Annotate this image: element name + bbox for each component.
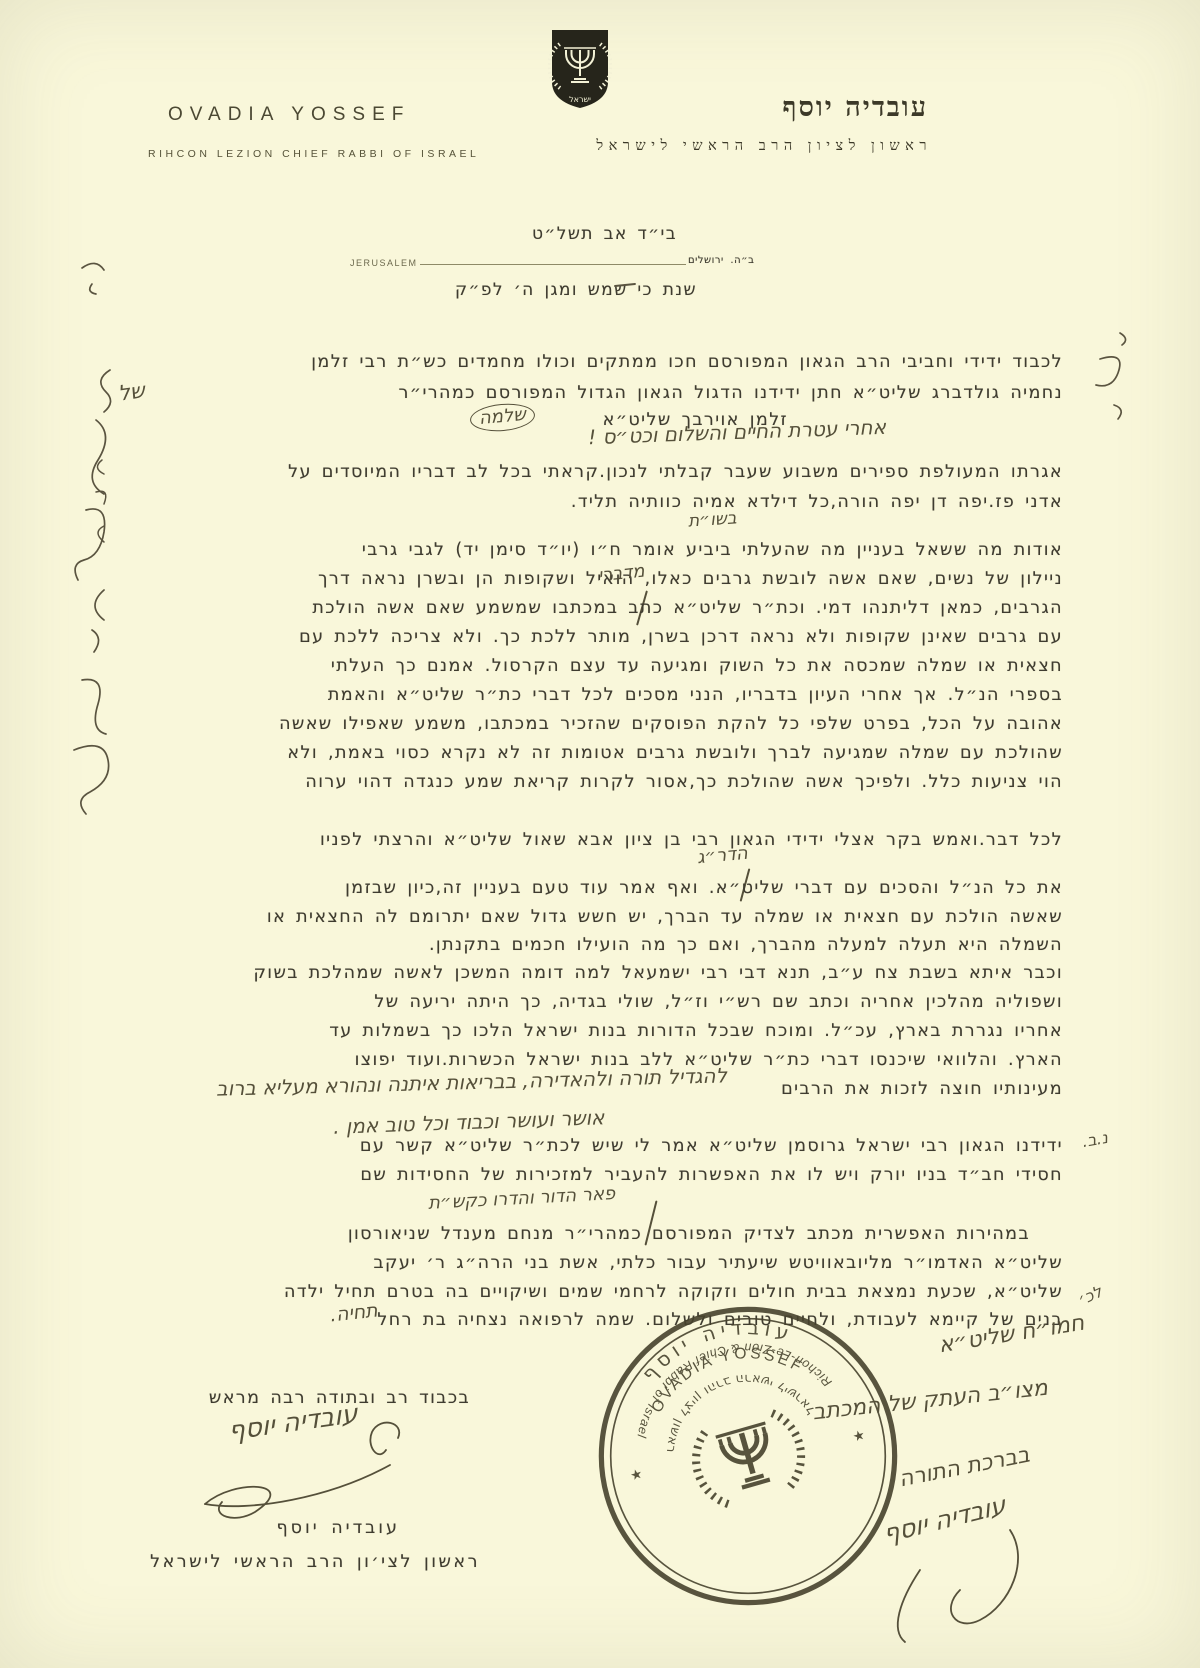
body-line: אחריו נגררת בארץ, עכ״ל. ומוכח שבכל הדורו… (329, 1019, 1063, 1043)
ps-line: שליט״א, שכעת נמצאת בבית חולים וזקוקה לרח… (284, 1280, 1063, 1304)
hand-insert-tichye: תחיה. (329, 1300, 379, 1327)
letterhead-title-hebrew: ראשון לציון הרב הראשי לישראל (596, 138, 932, 155)
ps-line: במהירות האפשרית מכתב לצדיק המפורסם כמהרי… (348, 1222, 1030, 1246)
hand-insert-hadarag: הדר״ג (696, 843, 748, 868)
corner-note-line-3: בברכת התורה (897, 1443, 1032, 1493)
ps-line: חסידי חב״ד בניו יורק ויש לו את האפשרות ל… (360, 1163, 1063, 1187)
closing-name-typed: עובדיה יוסף (276, 1516, 400, 1540)
salutation-line-2: נחמיה גולדברג שליט״א חתן ידידנו הדגול הג… (398, 381, 1063, 405)
stamp-star-left: ★ (628, 1466, 644, 1484)
letterhead-name-english: OVADIA YOSSEF (168, 104, 410, 126)
date-hebrew: בי״ד אב תשל״ט (532, 222, 677, 246)
stamp-menorah-icon (687, 1406, 810, 1509)
body-line: ושפוליה מהלכין אחריה וכתב שם רש״י וז״ל, … (374, 990, 1063, 1014)
letterhead-name-hebrew: עובדיה יוסף (782, 92, 928, 123)
salutation-line-1: לכבוד ידידי וחביבי הרב הגאון המפורסם חכו… (311, 350, 1063, 374)
body-line: אהובה על הכל, בפרט שלפי כל להקת הפוסקים … (279, 712, 1063, 736)
svg-text:ישראל: ישראל (569, 95, 591, 104)
body-line: ניילון של נשים, שאם אשה לובשת גרבים כאלו… (318, 567, 1063, 591)
body-line: את כל הנ״ל והסכים עם דברי שליט״א. ואף אמ… (345, 876, 1063, 900)
body-line: עם גרבים שאינן שקופות ולא נראה דרכן בשרן… (299, 625, 1063, 649)
body-line: הגרבים, כמאן דליתנהו דמי. וכת״ר שליט״א כ… (312, 596, 1063, 620)
body-line: שהולכת עם שמלה שמגיעה לברך ולובשת גרבים … (287, 741, 1063, 765)
body-line: לכל דבר.ואמש בקר אצלי ידידי הגאון רבי בן… (320, 828, 1063, 852)
hand-insert-shut: בשו״ת (687, 508, 737, 531)
ps-line: ידידנו הגאון רבי ישראל גרוסמן שליט״א אמר… (360, 1134, 1063, 1158)
body-line: וכבר איתא בשבת צח ע״ב, תנא דבי רבי ישמעא… (253, 961, 1063, 985)
israel-emblem-icon: ישראל (548, 28, 612, 110)
right-margin-scribble (1080, 325, 1150, 435)
hand-insert-name-circled: שלמה (469, 401, 536, 434)
signature-flourish (180, 1420, 430, 1530)
closing-title-typed: ראשון לצי׳ון הרב הראשי לישראל (150, 1550, 480, 1574)
corner-signature-flourish (860, 1520, 1060, 1650)
body-line: אודות מה ששאל בעניין מה שהעלתי ביביע אומ… (362, 538, 1063, 562)
paragraph-margin-marks (82, 452, 122, 562)
stamp-star-right: ★ (851, 1427, 867, 1445)
hand-ps-marker: נ.ב. (1081, 1128, 1110, 1151)
ps-line: שליט״א האדמו״ר מליובאוויטש שיעתיר עבור כ… (373, 1251, 1063, 1275)
dateline-rule (420, 264, 686, 265)
body-line: אגרתו המעולפת ספירים משבוע שעבר קבלתי לנ… (288, 460, 1063, 484)
body-line: הוי צניעות כלל. ולפיכך אשה שהולכת כך,אסו… (305, 770, 1063, 794)
place-hebrew: ב״ה. ירושלים (688, 249, 754, 273)
scanned-letter-page: OVADIA YOSSEF RIHCON LEZION CHIEF RABBI … (0, 0, 1200, 1668)
letterhead-title-english: RIHCON LEZION CHIEF RABBI OF ISRAEL (148, 148, 479, 160)
year-motto: שנת כי שמש ומגן ה׳ לפ״ק (455, 278, 697, 302)
place-english: JERUSALEM (350, 258, 418, 268)
hand-insert-paar-hador: פאר הדור והדרו כקש״ת (428, 1183, 616, 1214)
body-line: השמלה היא תעלה למעלה מהברך, ואם כך מה הו… (429, 933, 1063, 957)
body-line: בספרי הנ״ל. אך אחרי העיון בדבריו, הנני מ… (328, 683, 1063, 707)
body-line: חצאית או שמלה שמכסה את כל השוק ומגיעה עד… (331, 654, 1063, 678)
body-line: מעינותיו חוצה לזכות את הרבים (781, 1077, 1063, 1101)
body-line: אדני פז.יפה דן יפה הורה,כל דילדא אמיה כו… (571, 490, 1063, 514)
body-line: שאשה הולכת עם חצאית או שמלה עד הברך, יש … (267, 905, 1063, 929)
corner-note-heading: לכ׳ (1075, 1282, 1105, 1309)
